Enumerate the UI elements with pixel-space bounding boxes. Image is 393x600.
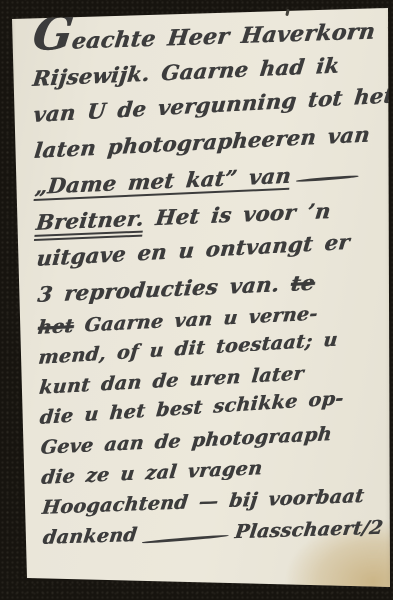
letter-line-segment: Plasschaert/2: [233, 517, 384, 543]
letter-line-segment: het: [37, 315, 75, 339]
letter-line-segment: dankend: [41, 524, 138, 549]
photo-background: Geachte Heer Haverkorn v.Rijsewijk. Gaar…: [0, 0, 393, 600]
pen-flourish-line: [142, 534, 229, 544]
pen-flourish-line: [296, 175, 359, 182]
handwritten-letter-card: Geachte Heer Haverkorn v.Rijsewijk. Gaar…: [0, 0, 393, 600]
letter-line-segment: die ze u zal vragen: [40, 457, 263, 489]
letter-text: Geachte Heer Haverkorn v.Rijsewijk. Gaar…: [29, 17, 393, 553]
letter-line-segment: te: [290, 270, 317, 296]
